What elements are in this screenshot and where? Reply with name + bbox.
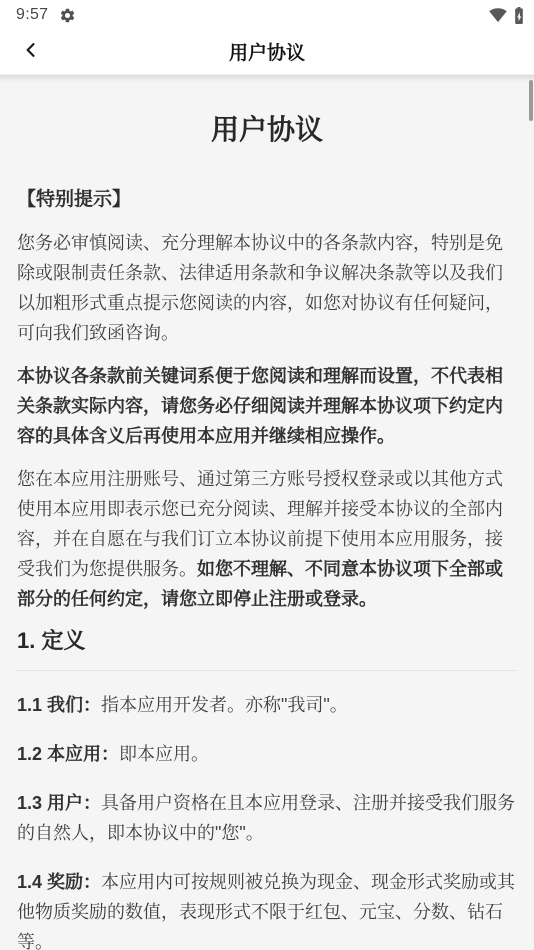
paragraph-1: 您务必审慎阅读、充分理解本协议中的各条款内容，特别是免除或限制责任条款、法律适用… bbox=[17, 228, 517, 348]
definition-item-1-text: 指本应用开发者。亦称"我司"。 bbox=[101, 695, 348, 715]
status-time: 9:57 bbox=[16, 6, 48, 24]
section-1-heading: 1. 定义 bbox=[17, 626, 517, 671]
agreement-scroll-area[interactable]: 用户协议 【特别提示】 您务必审慎阅读、充分理解本协议中的各条款内容，特别是免除… bbox=[0, 75, 534, 950]
app-bar: 用户协议 bbox=[0, 28, 534, 75]
definition-item-1-label: 1.1 我们： bbox=[17, 695, 101, 715]
definition-item-2-text: 即本应用。 bbox=[119, 744, 209, 764]
paragraph-2: 本协议各条款前关键词系便于您阅读和理解而设置，不代表相关条款实际内容，请您务必仔… bbox=[17, 361, 517, 451]
status-bar: 9:57 bbox=[0, 0, 534, 28]
settings-gear-icon bbox=[59, 7, 76, 24]
definition-item-4: 1.4 奖励：本应用内可按规则被兑换为现金、现金形式奖励或其他物质奖励的数值，表… bbox=[17, 867, 517, 950]
document-title: 用户协议 bbox=[17, 111, 517, 149]
definition-item-1: 1.1 我们：指本应用开发者。亦称"我司"。 bbox=[17, 690, 517, 720]
paragraph-3: 您在本应用注册账号、通过第三方账号授权登录或以其他方式使用本应用即表示您已充分阅… bbox=[17, 464, 517, 614]
special-notice-heading: 【特别提示】 bbox=[17, 185, 517, 215]
definition-item-2-label: 1.2 本应用： bbox=[17, 744, 119, 764]
status-bar-right bbox=[489, 6, 525, 25]
phone-screen: 9:57 用户协议 用户协议 【特别提示】 bbox=[0, 0, 534, 950]
definition-item-3-label: 1.3 用户： bbox=[17, 793, 101, 813]
definition-item-4-label: 1.4 奖励： bbox=[17, 872, 101, 892]
battery-charging-icon bbox=[513, 6, 525, 25]
back-button[interactable] bbox=[14, 34, 48, 68]
page-title: 用户协议 bbox=[229, 38, 305, 65]
scrollbar-thumb[interactable] bbox=[529, 80, 533, 121]
status-bar-left: 9:57 bbox=[16, 6, 76, 24]
wifi-icon bbox=[489, 6, 507, 24]
definition-item-3: 1.3 用户：具备用户资格在且本应用登录、注册并接受我们服务的自然人，即本协议中… bbox=[17, 788, 517, 848]
back-chevron-icon bbox=[21, 40, 41, 63]
definition-item-2: 1.2 本应用：即本应用。 bbox=[17, 739, 517, 769]
